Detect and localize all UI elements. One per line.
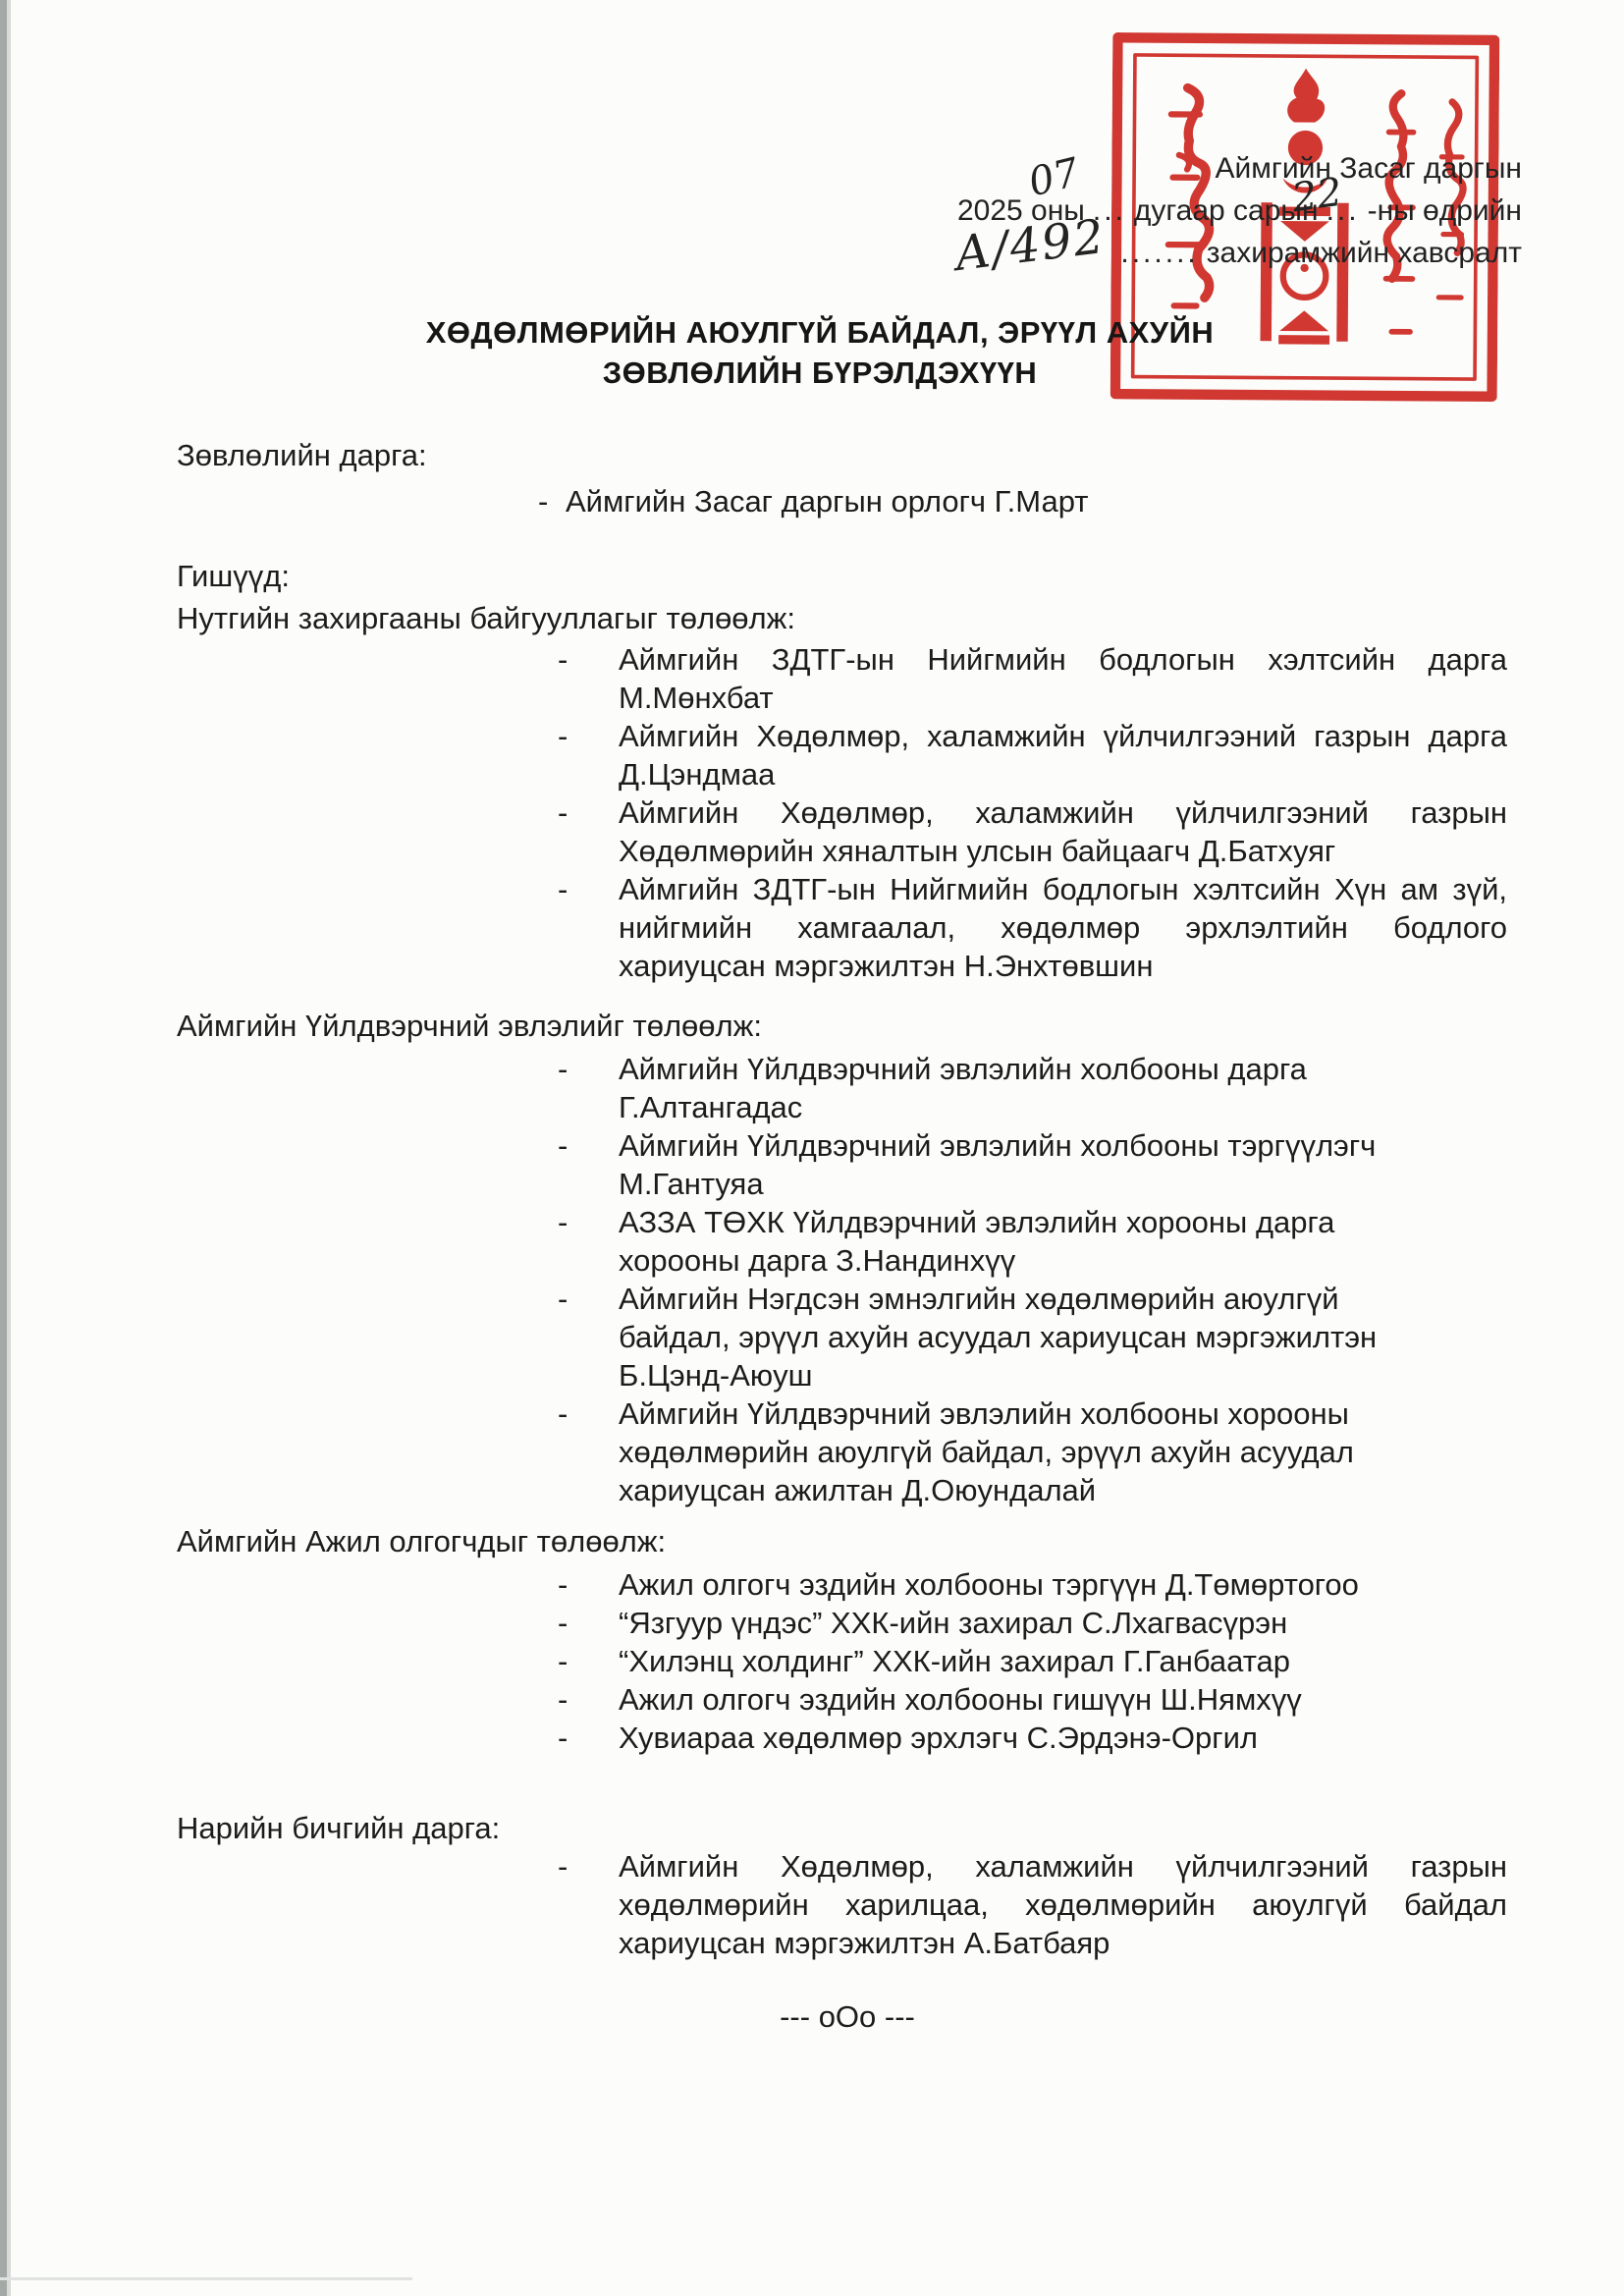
list-item: - Ажил олгогч эздийн холбооны тэргүүн Д.…	[558, 1565, 1518, 1604]
dash-marker: -	[558, 1604, 619, 1642]
dash-marker: -	[558, 717, 619, 793]
document-title: ХӨДӨЛМӨРИЙН АЮУЛГҮЙ БАЙДАЛ, ЭРҮҮЛ АХУЙН …	[137, 312, 1502, 393]
dash-marker: -	[558, 1680, 619, 1719]
blank-dots: .......	[1120, 237, 1198, 269]
dash-marker: -	[558, 1565, 619, 1604]
list-item: - Аймгийн ЗДТГ-ын Нийгмийн бодлогын хэлт…	[558, 870, 1518, 985]
employers-sublabel: Аймгийн Ажил олгогчдыг төлөөлж:	[177, 1522, 1518, 1560]
document-body: Зөвлөлийн дарга: - Аймгийн Засаг даргын …	[177, 436, 1518, 2036]
scan-edge-artifact	[7, 0, 11, 2296]
dash-marker: -	[558, 640, 619, 717]
list-item: - Аймгийн Үйлдвэрчний эвлэлийн холбооны …	[558, 1050, 1518, 1126]
list-item: - “Хилэнц холдинг” ХХК-ийн захирал Г.Ган…	[558, 1642, 1518, 1680]
secretary-label: Нарийн бичгийн дарга:	[177, 1809, 1518, 1847]
list-item: - АЗЗА ТӨХК Үйлдвэрчний эвлэлийн хорооны…	[558, 1203, 1518, 1280]
chairman-label: Зөвлөлийн дарга:	[177, 436, 1518, 474]
list-item: - Аймгийн Үйлдвэрчний эвлэлийн холбооны …	[558, 1394, 1518, 1509]
dash-marker: -	[538, 482, 566, 520]
document-end-mark: --- оОо ---	[177, 1997, 1518, 2036]
list-item: - Аймгийн Үйлдвэрчний эвлэлийн холбооны …	[558, 1126, 1518, 1203]
gov-members-list: - Аймгийн ЗДТГ-ын Нийгмийн бодлогын хэлт…	[177, 640, 1518, 985]
dash-marker: -	[558, 1280, 619, 1394]
list-item: - “Язгуур үндэс” ХХК-ийн захирал С.Лхагв…	[558, 1604, 1518, 1642]
list-item: - Аймгийн ЗДТГ-ын Нийгмийн бодлогын хэлт…	[558, 640, 1518, 717]
dash-marker: -	[558, 870, 619, 985]
employers-members-list: - Ажил олгогч эздийн холбооны тэргүүн Д.…	[177, 1565, 1518, 1757]
scanned-document-page: Аймгийн Засаг даргын 2025 оны...дугаар с…	[0, 0, 1624, 2296]
secretary-list: - Аймгийн Хөдөлмөр, халамжийн үйлчилгээн…	[177, 1847, 1518, 1962]
dash-marker: -	[558, 1847, 619, 1962]
list-item: - Ажил олгогч эздийн холбооны гишүүн Ш.Н…	[558, 1680, 1518, 1719]
list-item: - Аймгийн Хөдөлмөр, халамжийн үйлчилгээн…	[558, 1847, 1518, 1962]
list-item: - Аймгийн Хөдөлмөр, халамжийн үйлчилгээн…	[558, 717, 1518, 793]
dash-marker: -	[558, 1642, 619, 1680]
list-item: - Аймгийн Нэгдсэн эмнэлгийн хөдөлмөрийн …	[558, 1280, 1518, 1394]
dash-marker: -	[558, 793, 619, 870]
dash-marker: -	[558, 1126, 619, 1203]
dash-marker: -	[558, 1394, 619, 1509]
dash-marker: -	[558, 1050, 619, 1126]
handwritten-day: 22	[1289, 170, 1345, 222]
gov-sublabel: Нутгийн захиргааны байгууллагыг төлөөлж:	[177, 599, 1518, 637]
scan-edge-artifact	[0, 0, 7, 2296]
chairman-name: Аймгийн Засаг даргын орлогч Г.Март	[566, 482, 1088, 520]
list-item: - Хувиараа хөдөлмөр эрхлэгч С.Эрдэнэ-Орг…	[558, 1719, 1518, 1757]
scan-edge-artifact	[0, 2277, 412, 2280]
union-members-list: - Аймгийн Үйлдвэрчний эвлэлийн холбооны …	[177, 1050, 1518, 1509]
dash-marker: -	[558, 1203, 619, 1280]
chairman-entry: - Аймгийн Засаг даргын орлогч Г.Март	[538, 482, 1518, 520]
list-item: - Аймгийн Хөдөлмөр, халамжийн үйлчилгээн…	[558, 793, 1518, 870]
dash-marker: -	[558, 1719, 619, 1757]
union-sublabel: Аймгийн Үйлдвэрчний эвлэлийг төлөөлж:	[177, 1007, 1518, 1045]
members-label: Гишүүд:	[177, 557, 1518, 595]
